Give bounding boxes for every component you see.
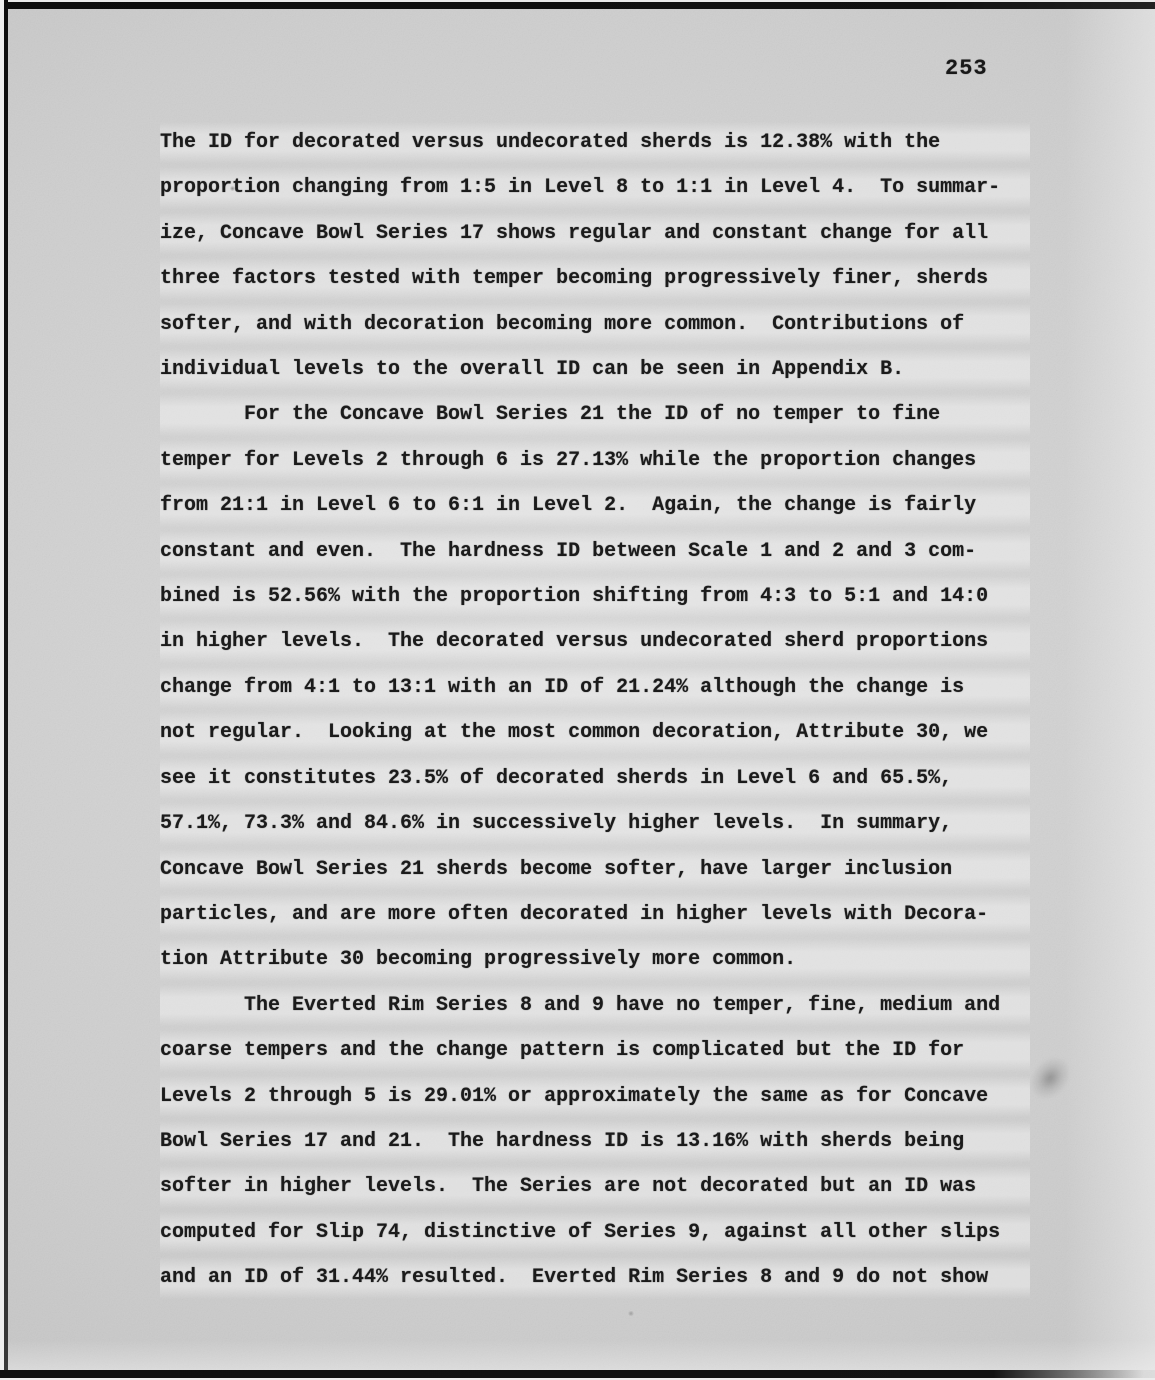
scan-border-left <box>4 0 8 1380</box>
text-line: softer in higher levels. The Series are … <box>160 1164 1030 1209</box>
text-line: change from 4:1 to 13:1 with an ID of 21… <box>160 665 1030 710</box>
paper-speck <box>230 186 235 191</box>
text-line: Levels 2 through 5 is 29.01% or approxim… <box>160 1074 1030 1119</box>
text-line: proportion changing from 1:5 in Level 8 … <box>160 165 1030 210</box>
text-line: and an ID of 31.44% resulted. Everted Ri… <box>160 1255 1030 1300</box>
text-line: three factors tested with temper becomin… <box>160 256 1030 301</box>
text-line: ize, Concave Bowl Series 17 shows regula… <box>160 211 1030 256</box>
paper-edge-highlight-right <box>1065 0 1155 1380</box>
text-line: Bowl Series 17 and 21. The hardness ID i… <box>160 1119 1030 1164</box>
text-line: not regular. Looking at the most common … <box>160 710 1030 755</box>
scan-border-top <box>0 2 1155 9</box>
text-line: bined is 52.56% with the proportion shif… <box>160 574 1030 619</box>
scan-border-bottom <box>0 1370 1155 1378</box>
text-line: particles, and are more often decorated … <box>160 892 1030 937</box>
text-line: Concave Bowl Series 21 sherds become sof… <box>160 847 1030 892</box>
scanned-document-page: 253 The ID for decorated versus undecora… <box>0 0 1155 1380</box>
text-line: 57.1%, 73.3% and 84.6% in successively h… <box>160 801 1030 846</box>
text-line: The ID for decorated versus undecorated … <box>160 120 1030 165</box>
text-line: coarse tempers and the change pattern is… <box>160 1028 1030 1073</box>
document-text-block: The ID for decorated versus undecorated … <box>160 120 1030 1301</box>
text-line: constant and even. The hardness ID betwe… <box>160 529 1030 574</box>
paragraph-everted-rim-8-9: The Everted Rim Series 8 and 9 have no t… <box>160 983 1030 1301</box>
paper-edge-highlight-bottom <box>0 1340 1155 1370</box>
paragraph-concave-bowl-17: The ID for decorated versus undecorated … <box>160 120 1030 392</box>
text-line: softer, and with decoration becoming mor… <box>160 302 1030 347</box>
text-line: temper for Levels 2 through 6 is 27.13% … <box>160 438 1030 483</box>
text-line: from 21:1 in Level 6 to 6:1 in Level 2. … <box>160 483 1030 528</box>
text-line: in higher levels. The decorated versus u… <box>160 619 1030 664</box>
text-line: individual levels to the overall ID can … <box>160 347 1030 392</box>
page-number: 253 <box>945 56 988 81</box>
paragraph-concave-bowl-21: For the Concave Bowl Series 21 the ID of… <box>160 392 1030 982</box>
text-line: see it constitutes 23.5% of decorated sh… <box>160 756 1030 801</box>
paper-speck <box>628 1311 634 1316</box>
text-line: computed for Slip 74, distinctive of Ser… <box>160 1210 1030 1255</box>
text-line: tion Attribute 30 becoming progressively… <box>160 937 1030 982</box>
text-line: The Everted Rim Series 8 and 9 have no t… <box>160 983 1030 1028</box>
text-line: For the Concave Bowl Series 21 the ID of… <box>160 392 1030 437</box>
